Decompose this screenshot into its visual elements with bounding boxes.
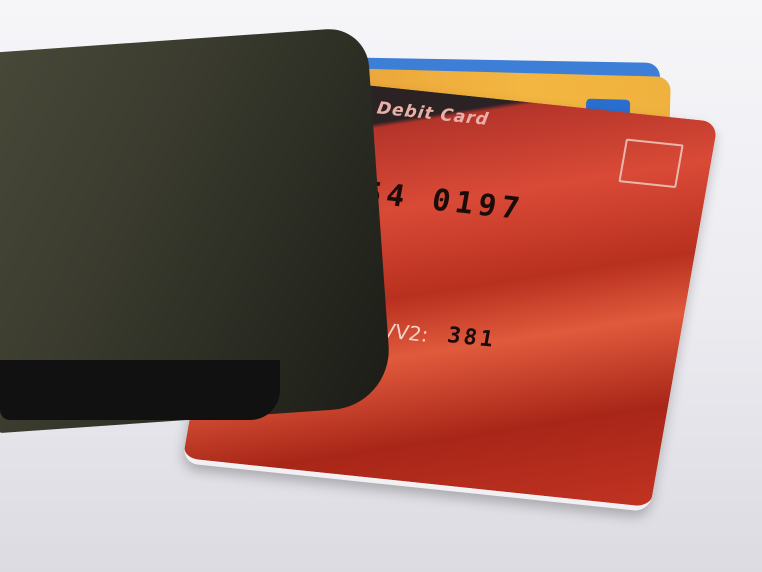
cvv-value: 381 bbox=[445, 323, 498, 353]
wallet-bottom bbox=[0, 360, 280, 420]
bank-logo-icon bbox=[618, 139, 683, 189]
photo-scene: ...tion Debit Card 0 3454 0197 CVV2: 381 bbox=[0, 0, 762, 572]
